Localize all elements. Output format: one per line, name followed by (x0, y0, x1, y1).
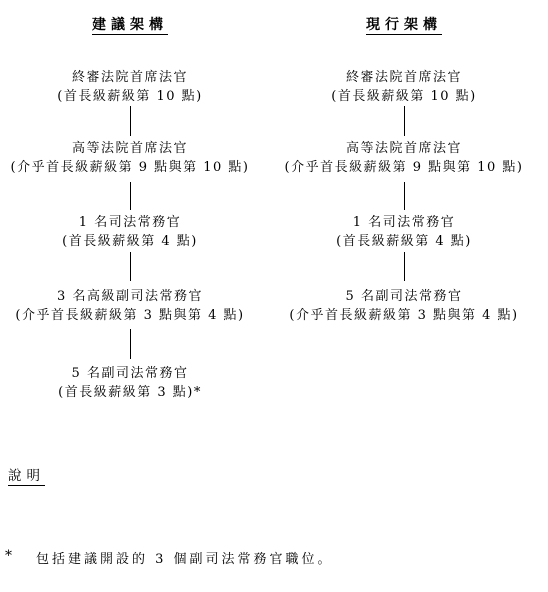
node-grade: (介乎首長級薪級第 9 點與第 10 點) (0, 158, 260, 177)
org-node-deputy-registrars: 5 名副司法常務官 (首長級薪級第 3 點)* (0, 364, 260, 402)
connector-line (130, 182, 131, 210)
org-node-registrar: 1 名司法常務官 (首長級薪級第 4 點) (0, 213, 260, 251)
document-page: 建議架構 終審法院首席法官 (首長級薪級第 10 點) 高等法院首席法官 (介乎… (0, 0, 548, 592)
node-title: 終審法院首席法官 (274, 68, 534, 87)
current-structure-title-text: 現行架構 (366, 17, 442, 35)
node-title: 3 名高級副司法常務官 (0, 287, 260, 306)
connector-line (404, 252, 405, 281)
node-title: 終審法院首席法官 (0, 68, 260, 87)
current-structure-title: 現行架構 (274, 14, 534, 34)
connector-line (130, 252, 131, 281)
connector-line (130, 329, 131, 359)
node-grade: (首長級薪級第 10 點) (0, 87, 260, 106)
node-title: 5 名副司法常務官 (274, 287, 534, 306)
node-grade: (首長級薪級第 10 點) (274, 87, 534, 106)
org-node-senior-deputy-registrars: 3 名高級副司法常務官 (介乎首長級薪級第 3 點與第 4 點) (0, 287, 260, 325)
node-title: 高等法院首席法官 (0, 139, 260, 158)
node-grade: (首長級薪級第 4 點) (274, 232, 534, 251)
node-title: 1 名司法常務官 (0, 213, 260, 232)
org-node-deputy-registrars: 5 名副司法常務官 (介乎首長級薪級第 3 點與第 4 點) (274, 287, 534, 325)
node-grade: (介乎首長級薪級第 3 點與第 4 點) (0, 306, 260, 325)
connector-line (130, 106, 131, 136)
org-node-chief-judge-high-court: 高等法院首席法官 (介乎首長級薪級第 9 點與第 10 點) (0, 139, 260, 177)
node-grade: (介乎首長級薪級第 3 點與第 4 點) (274, 306, 534, 325)
proposed-structure-title-text: 建議架構 (92, 17, 168, 35)
node-grade: (首長級薪級第 3 點)* (0, 383, 260, 402)
node-grade: (介乎首長級薪級第 9 點與第 10 點) (274, 158, 534, 177)
proposed-structure-title: 建議架構 (0, 14, 260, 34)
proposed-structure-column: 建議架構 終審法院首席法官 (首長級薪級第 10 點) 高等法院首席法官 (介乎… (0, 0, 260, 592)
footnote-text: 包括建議開設的 3 個副司法常務官職位。 (36, 548, 334, 567)
org-node-chief-justice: 終審法院首席法官 (首長級薪級第 10 點) (0, 68, 260, 106)
org-node-chief-justice: 終審法院首席法官 (首長級薪級第 10 點) (274, 68, 534, 106)
connector-line (404, 106, 405, 136)
node-title: 5 名副司法常務官 (0, 364, 260, 383)
node-grade: (首長級薪級第 4 點) (0, 232, 260, 251)
connector-line (404, 182, 405, 210)
notes-heading: 說明 (8, 464, 45, 484)
node-title: 高等法院首席法官 (274, 139, 534, 158)
org-node-chief-judge-high-court: 高等法院首席法官 (介乎首長級薪級第 9 點與第 10 點) (274, 139, 534, 177)
current-structure-column: 現行架構 終審法院首席法官 (首長級薪級第 10 點) 高等法院首席法官 (介乎… (274, 0, 534, 592)
node-title: 1 名司法常務官 (274, 213, 534, 232)
notes-heading-text: 說明 (8, 468, 45, 486)
org-node-registrar: 1 名司法常務官 (首長級薪級第 4 點) (274, 213, 534, 251)
footnote-asterisk: * (5, 548, 12, 564)
